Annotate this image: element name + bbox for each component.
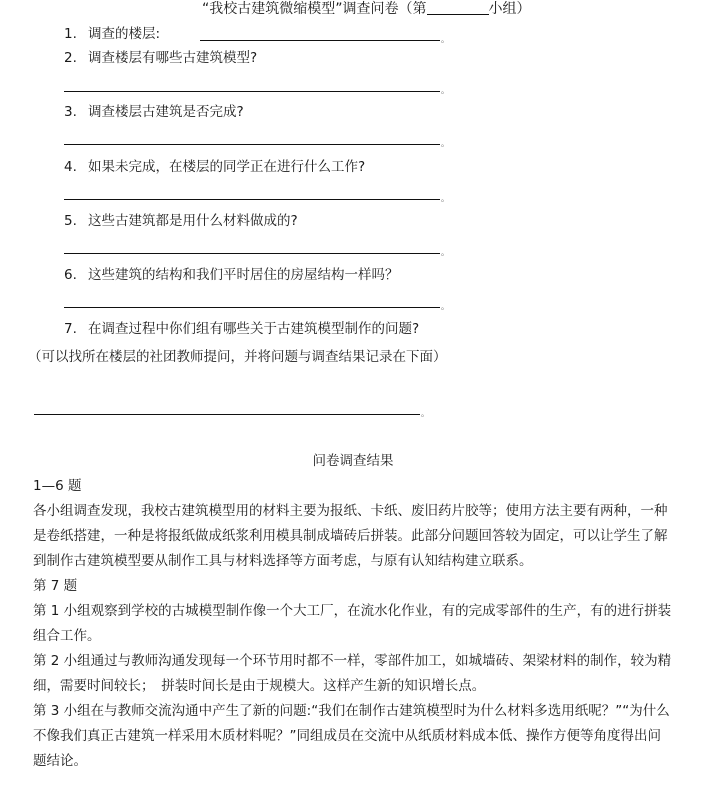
question-text: 如果未完成，在楼层的同学正在进行什么工作? [88, 159, 365, 175]
question-1: 1.调查的楼层: [64, 25, 160, 43]
question-number: 2. [64, 49, 88, 67]
question-text: 在调查过程中你们组有哪些关于古建筑模型制作的问题? [88, 321, 419, 337]
line-end-mark: 。 [441, 36, 449, 44]
survey-note: （可以找所在楼层的社团教师提问，并将问题与调查结果记录在下面） [28, 348, 447, 366]
question-text: 这些建筑的结构和我们平时居住的房屋结构一样吗？ [88, 267, 399, 283]
group-number-blank[interactable] [427, 0, 489, 15]
line-end-mark: 。 [441, 140, 449, 148]
question-number: 6. [64, 266, 88, 284]
line-end-mark: 。 [441, 195, 449, 203]
question-number: 7. [64, 320, 88, 338]
question-number: 1. [64, 25, 88, 43]
group-1-finding: 第 1 小组观察到学校的古城模型制作像一个大工厂，在流水化作业，有的完成零部件的… [33, 599, 673, 649]
answer-line-5[interactable] [64, 253, 440, 254]
line-end-mark: 。 [421, 410, 429, 418]
answer-line-4[interactable] [64, 199, 440, 200]
answer-line-2[interactable] [64, 91, 440, 92]
group-2-finding: 第 2 小组通过与教师沟通发现每一个环节用时都不一样，零部件加工，如城墙砖、架梁… [33, 649, 673, 699]
line-end-mark: 。 [441, 87, 449, 95]
section-text-1-6: 各小组调查发现，我校古建筑模型用的材料主要为报纸、卡纸、废旧药片胶等；使用方法主… [33, 499, 673, 574]
question-text: 调查楼层古建筑是否完成? [88, 104, 244, 120]
question-number: 5. [64, 212, 88, 230]
question-3: 3.调查楼层古建筑是否完成? [64, 103, 244, 121]
results-heading: 问卷调查结果 [33, 449, 673, 474]
survey-title: “我校古建筑微缩模型”调查问卷（第小组） [202, 0, 531, 18]
question-6: 6.这些建筑的结构和我们平时居住的房屋结构一样吗？ [64, 266, 399, 284]
group-3-finding: 第 3 小组在与教师交流沟通中产生了新的问题:“我们在制作古建筑模型时为什么材料… [33, 699, 673, 774]
section-label-1-6: 1—6 题 [33, 474, 673, 499]
question-5: 5.这些古建筑都是用什么材料做成的? [64, 212, 298, 230]
line-end-mark: 。 [441, 303, 449, 311]
question-2: 2.调查楼层有哪些古建筑模型? [64, 49, 257, 67]
question-number: 3. [64, 103, 88, 121]
question-4: 4.如果未完成，在楼层的同学正在进行什么工作? [64, 158, 365, 176]
question-7: 7.在调查过程中你们组有哪些关于古建筑模型制作的问题? [64, 320, 419, 338]
question-text: 调查楼层有哪些古建筑模型? [88, 50, 257, 66]
question-text: 调查的楼层: [88, 26, 160, 42]
answer-line-3[interactable] [64, 144, 440, 145]
question-number: 4. [64, 158, 88, 176]
section-label-7: 第 7 题 [33, 574, 673, 599]
results-body: 1—6 题 各小组调查发现，我校古建筑模型用的材料主要为报纸、卡纸、废旧药片胶等… [33, 474, 673, 774]
answer-line-1[interactable] [200, 40, 440, 41]
answer-line-7[interactable] [34, 414, 420, 415]
answer-line-6[interactable] [64, 307, 440, 308]
line-end-mark: 。 [441, 249, 449, 257]
title-suffix: 小组） [489, 1, 531, 17]
title-prefix: “我校古建筑微缩模型”调查问卷（第 [202, 1, 427, 17]
question-text: 这些古建筑都是用什么材料做成的? [88, 213, 298, 229]
